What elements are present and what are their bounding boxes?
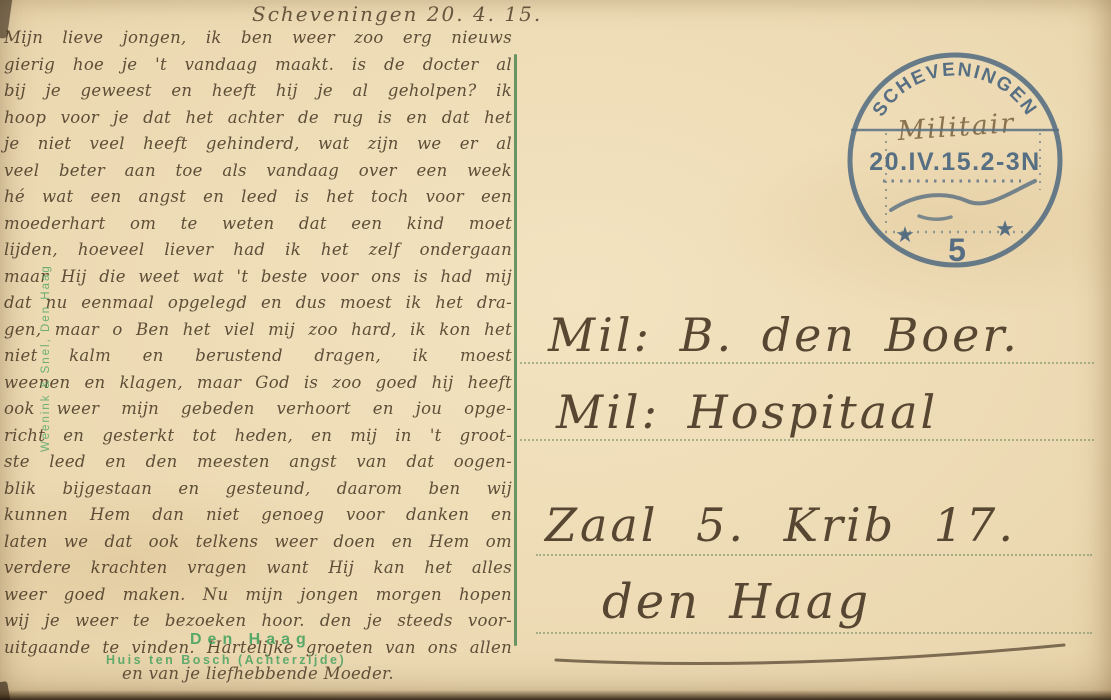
postmark-wave-mark [891, 181, 1035, 210]
address-dotted-line [520, 362, 1094, 364]
message-line: hoop voor je dat het achter de rug is en… [4, 105, 512, 132]
postmark-militair-handwriting: Militair [895, 108, 1016, 147]
message-line: bij je geweest en heeft hij je al geholp… [4, 78, 512, 105]
postmark-datestamp: 20.IV.15.2-3N [869, 148, 1040, 176]
message-line: weenen en klagen, maar God is zoo goed h… [4, 370, 512, 397]
address-line-name: Mil: B. den Boer. [548, 308, 1020, 362]
address-dotted-line [536, 554, 1092, 556]
caption-subtitle: Huis ten Bosch (Achterzijde) [106, 653, 346, 667]
handwritten-dateline: Scheveningen 20. 4. 15. [252, 2, 582, 26]
star-icon: ★ [895, 223, 915, 248]
postmark-wave-dash [919, 216, 951, 219]
scan-edge-bottom [0, 690, 1111, 700]
message-line: verdere krachten vragen want Hij kan het… [4, 555, 512, 582]
address-dotted-line [536, 632, 1092, 634]
address-dotted-line [520, 439, 1094, 441]
message-line: gen, maar o Ben het viel mij zoo hard, i… [4, 317, 512, 344]
address-line-ward: Zaal 5. Krib 17. [545, 498, 1016, 552]
message-line: ook weer mijn gebeden verhoort en jou op… [4, 396, 512, 423]
address-line-city: den Haag [602, 574, 871, 630]
message-line: kunnen Hem dan niet genoeg voor danken e… [4, 502, 512, 529]
message-line: je niet veel heeft gehinderd, wat zijn w… [4, 131, 512, 158]
message-line: lijden, hoeveel liever had ik het zelf o… [4, 237, 512, 264]
message-line: hé wat een angst en leed is het toch voo… [4, 184, 512, 211]
publisher-imprint: Weenink & Snel, Den Haag [40, 178, 52, 452]
message-line: maar Hij die weet wat 't beste voor ons … [4, 264, 512, 291]
message-line: moederhart om te weten dat een kind moet [4, 211, 512, 238]
address-line-hospital: Mil: Hospitaal [556, 385, 938, 439]
handwritten-message: Mijn lieve jongen, ik ben weer zoo erg n… [4, 25, 512, 688]
postmark-stamp: SCHEVENINGEN Militair 20.IV.15.2-3N ★ ★ … [835, 40, 1075, 280]
message-line: dat nu eenmaal opgelegd en dus moest ik … [4, 290, 512, 317]
postmark-sorting-number: 5 [948, 232, 966, 268]
divider-line [514, 54, 517, 646]
message-line: weer goed maken. Nu mijn jongen morgen h… [4, 582, 512, 609]
message-line: veel beter aan toe als vandaag over een … [4, 158, 512, 185]
caption-title: Den Haag [190, 631, 312, 649]
message-line: ste leed en den meesten angst van dat oo… [4, 449, 512, 476]
message-line: niet kalm en berustend dragen, ik moest [4, 343, 512, 370]
message-line: blik bijgestaan en gesteund, daarom ben … [4, 476, 512, 503]
message-line: Mijn lieve jongen, ik ben weer zoo erg n… [4, 25, 512, 52]
postcard-back: Scheveningen 20. 4. 15. Mijn lieve jonge… [0, 0, 1111, 700]
message-line: richt en gesterkt tot heden, en mij in '… [4, 423, 512, 450]
star-icon: ★ [995, 217, 1015, 242]
underline-flourish [548, 640, 1073, 670]
message-line: laten we dat ook telkens weer doen en He… [4, 529, 512, 556]
message-line: gierig hoe je 't vandaag maakt. is de do… [4, 52, 512, 79]
